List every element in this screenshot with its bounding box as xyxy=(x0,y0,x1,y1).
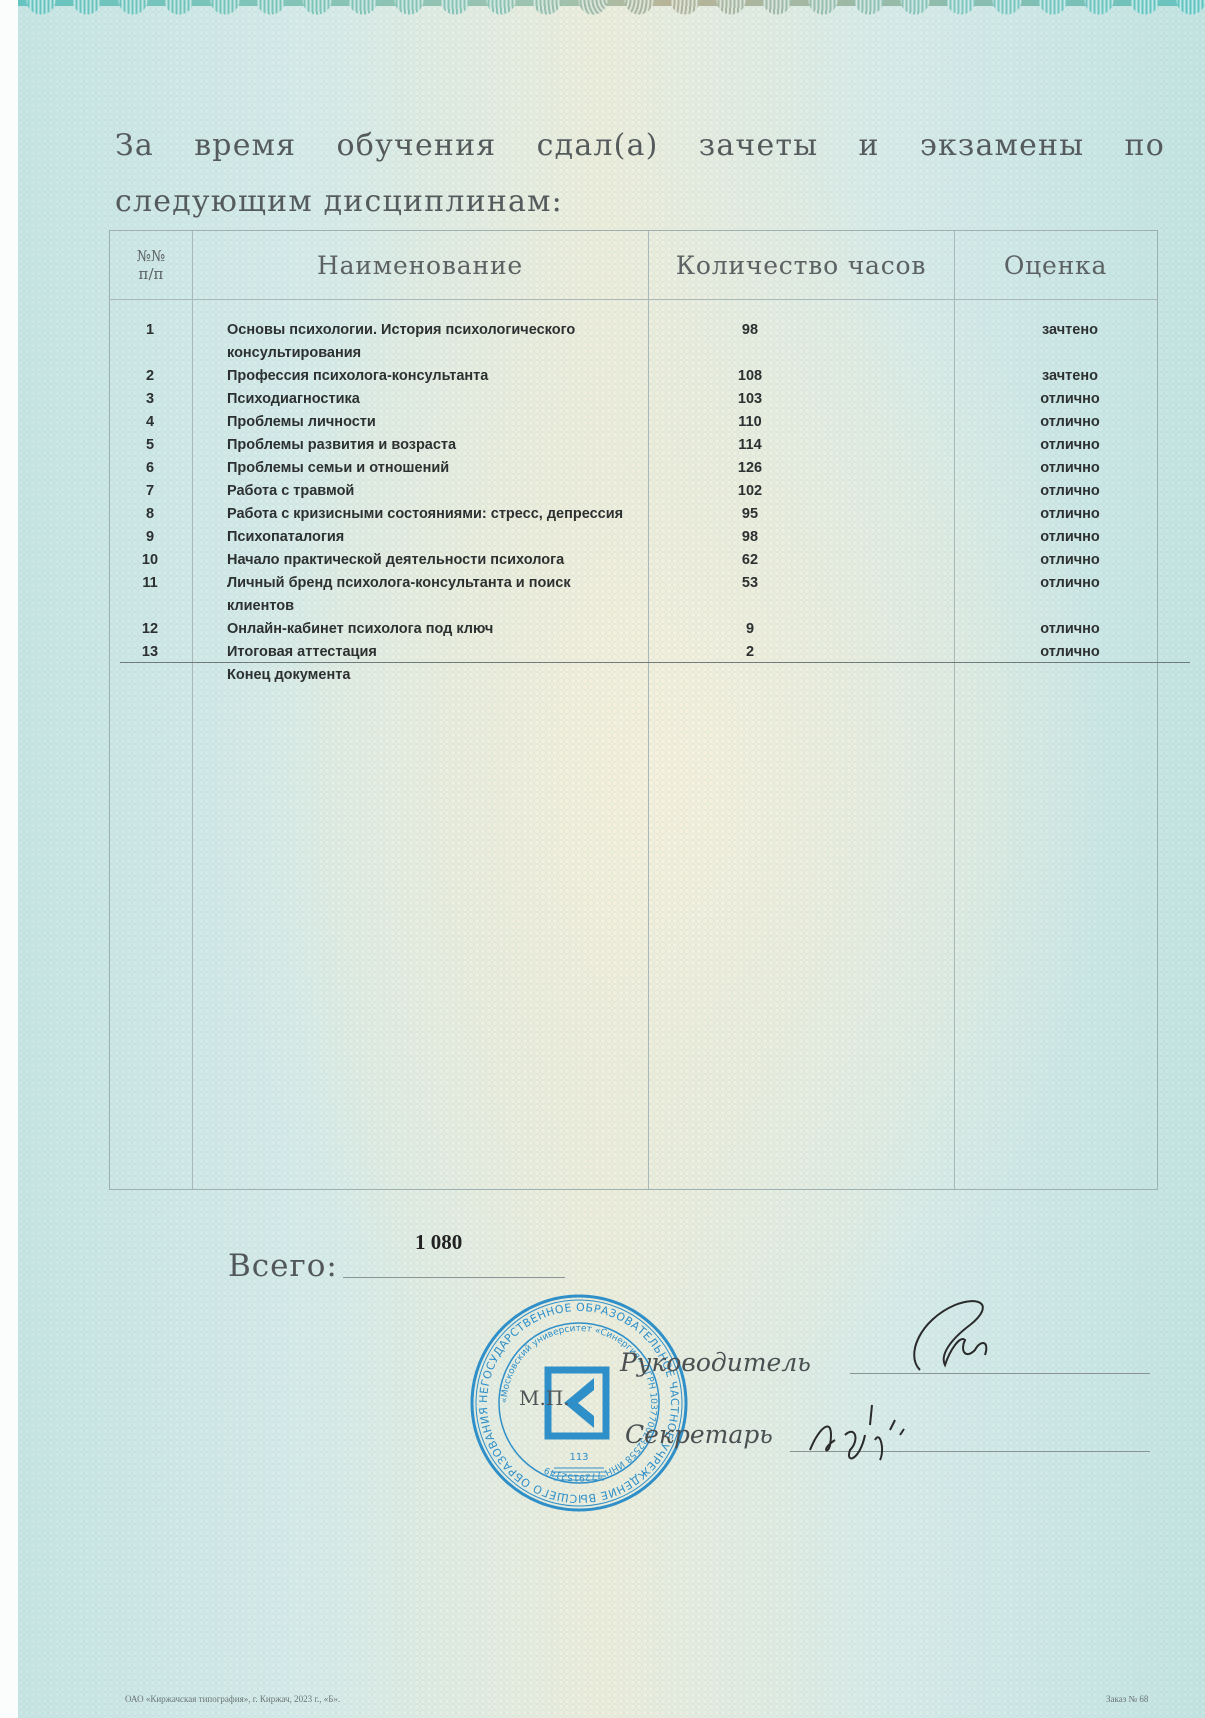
row-number: 2 xyxy=(110,365,190,388)
secretary-signature xyxy=(800,1395,950,1475)
hours-value: 98 xyxy=(690,319,810,342)
table-body: 1Основы психологии. История психологичес… xyxy=(110,319,1157,687)
discipline-name: Основы психологии. История психологическ… xyxy=(227,319,627,365)
hours-value: 53 xyxy=(690,572,810,595)
stamp-place-label: М.П. xyxy=(519,1386,570,1410)
grade-value: отлично xyxy=(1010,572,1130,595)
table-row: 2Профессия психолога-консультанта108зачт… xyxy=(110,365,1157,388)
table-row: 10Начало практической деятельности психо… xyxy=(110,549,1157,572)
grade-value: отлично xyxy=(1010,457,1130,480)
hours-value: 108 xyxy=(690,365,810,388)
total-underline xyxy=(343,1277,565,1278)
svg-text:113: 113 xyxy=(569,1452,588,1463)
official-stamp: НЕГОСУДАРСТВЕННОЕ ОБРАЗОВАТЕЛЬНОЕ ЧАСТНО… xyxy=(468,1292,690,1514)
hours-value: 9 xyxy=(690,618,810,641)
discipline-name: Профессия психолога-консультанта xyxy=(227,365,627,388)
grade-value: отлично xyxy=(1010,549,1130,572)
header-divider xyxy=(110,299,1157,300)
discipline-name: Проблемы развития и возраста xyxy=(227,434,627,457)
hours-value: 98 xyxy=(690,526,810,549)
row-number: 1 xyxy=(110,319,190,342)
row-number: 9 xyxy=(110,526,190,549)
end-of-document-marker: Конец документа xyxy=(227,664,1157,687)
secretary-label: Секретарь xyxy=(625,1420,773,1449)
discipline-name: Психопаталогия xyxy=(227,526,627,549)
discipline-name: Психодиагностика xyxy=(227,388,627,411)
total-label: Всего: xyxy=(228,1248,338,1284)
hours-value: 102 xyxy=(690,480,810,503)
disciplines-table: №№ п/п Наименование Количество часов Оце… xyxy=(109,230,1158,1190)
grade-value: отлично xyxy=(1010,434,1130,457)
row-number: 12 xyxy=(110,618,190,641)
table-end-rule xyxy=(120,662,1190,663)
table-row: 5Проблемы развития и возраста114отлично xyxy=(110,434,1157,457)
scan-margin xyxy=(0,0,18,1718)
discipline-name: Начало практической деятельности психоло… xyxy=(227,549,627,572)
row-number: 10 xyxy=(110,549,190,572)
discipline-name: Проблемы личности xyxy=(227,411,627,434)
header-number: №№ п/п xyxy=(110,231,192,299)
hours-value: 110 xyxy=(690,411,810,434)
grade-value: зачтено xyxy=(1010,365,1130,388)
hours-value: 126 xyxy=(690,457,810,480)
header-name: Наименование xyxy=(192,231,648,299)
row-number: 7 xyxy=(110,480,190,503)
row-number: 13 xyxy=(110,641,190,664)
decorative-border-ornament xyxy=(18,0,1205,20)
table-row: 6Проблемы семьи и отношений126отлично xyxy=(110,457,1157,480)
header-number-line1: №№ xyxy=(137,247,165,265)
discipline-name: Онлайн-кабинет психолога под ключ xyxy=(227,618,627,641)
grade-value: отлично xyxy=(1010,480,1130,503)
hours-value: 95 xyxy=(690,503,810,526)
grade-value: отлично xyxy=(1010,411,1130,434)
row-number: 4 xyxy=(110,411,190,434)
discipline-name: Личный бренд психолога-консультанта и по… xyxy=(227,572,627,618)
header-hours: Количество часов xyxy=(648,231,954,299)
table-row: 3Психодиагностика103отлично xyxy=(110,388,1157,411)
table-row: 8Работа с кризисными состояниями: стресс… xyxy=(110,503,1157,526)
table-row: 11Личный бренд психолога-консультанта и … xyxy=(110,572,1157,618)
order-number: Заказ № 68 xyxy=(1106,1694,1148,1704)
director-signature xyxy=(900,1295,1010,1385)
table-row: 13Итоговая аттестация2отлично xyxy=(110,641,1157,664)
table-row: 1Основы психологии. История психологичес… xyxy=(110,319,1157,365)
row-number: 6 xyxy=(110,457,190,480)
table-row: 7Работа с травмой102отлично xyxy=(110,480,1157,503)
director-label: Руководитель xyxy=(620,1348,811,1377)
hours-value: 114 xyxy=(690,434,810,457)
grade-value: отлично xyxy=(1010,388,1130,411)
grade-value: отлично xyxy=(1010,641,1130,664)
table-row: 12Онлайн-кабинет психолога под ключ9отли… xyxy=(110,618,1157,641)
grade-value: зачтено xyxy=(1010,319,1130,342)
discipline-name: Работа с кризисными состояниями: стресс,… xyxy=(227,503,627,526)
discipline-name: Проблемы семьи и отношений xyxy=(227,457,627,480)
row-number: 5 xyxy=(110,434,190,457)
table-row: 4Проблемы личности110отлично xyxy=(110,411,1157,434)
printer-info: ОАО «Киржачская типография», г. Киржач, … xyxy=(125,1694,340,1704)
row-number: 8 xyxy=(110,503,190,526)
grade-value: отлично xyxy=(1010,526,1130,549)
table-row: 9Психопаталогия98отлично xyxy=(110,526,1157,549)
hours-value: 62 xyxy=(690,549,810,572)
row-number: 11 xyxy=(110,572,190,595)
row-number: 3 xyxy=(110,388,190,411)
header-number-line2: п/п xyxy=(138,265,163,283)
grade-value: отлично xyxy=(1010,618,1130,641)
hours-value: 103 xyxy=(690,388,810,411)
page-heading: За время обучения сдал(а) зачеты и экзам… xyxy=(115,118,1165,230)
hours-value: 2 xyxy=(690,641,810,664)
discipline-name: Итоговая аттестация xyxy=(227,641,627,664)
discipline-name: Работа с травмой xyxy=(227,480,627,503)
total-hours-value: 1 080 xyxy=(415,1230,462,1255)
grade-value: отлично xyxy=(1010,503,1130,526)
header-grade: Оценка xyxy=(954,231,1157,299)
